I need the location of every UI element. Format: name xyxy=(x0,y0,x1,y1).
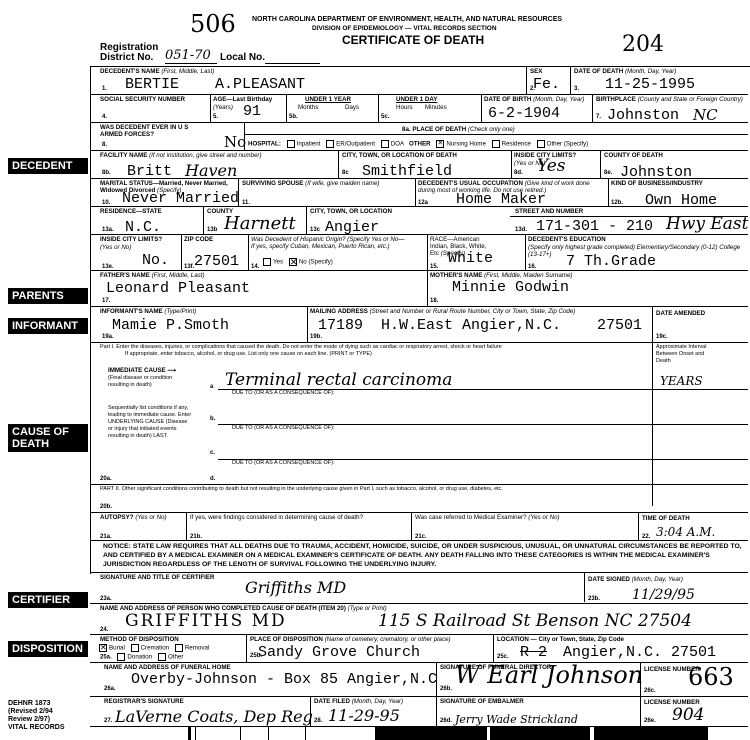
facility-num: 8b. xyxy=(102,170,111,176)
decedent-last-name-field[interactable]: A.PLEASANT xyxy=(215,77,305,92)
sex-label: SEX xyxy=(530,68,542,75)
place-of-death-options: HOSPITAL: Inpatient ER/Outpatient DOA OT… xyxy=(248,140,588,148)
funeral-home-label: NAME AND ADDRESS OF FUNERAL HOME xyxy=(104,664,231,671)
hispanic-yes-checkbox[interactable] xyxy=(263,258,271,266)
certifier-signature-label: SIGNATURE AND TITLE OF CERTIFIER xyxy=(100,574,214,581)
immediate-cause-label: IMMEDIATE CAUSE ⟶ xyxy=(108,367,176,374)
section-tab-disposition: DISPOSITION xyxy=(8,641,88,657)
due-to-b: DUE TO (OR AS A CONSEQUENCE OF): xyxy=(232,425,334,432)
section-tab-parents: PARENTS xyxy=(8,288,88,304)
findings-label: If yes, were findings considered in dete… xyxy=(190,514,363,521)
name-label: DECEDENT'S NAME (First, Middle, Last) xyxy=(100,68,214,75)
informant-num: 19a. xyxy=(102,334,114,340)
sex-field[interactable]: Fe. xyxy=(533,77,560,92)
date-signed-field[interactable]: 11/29/95 xyxy=(632,588,695,603)
embalmer-num: 26d. xyxy=(440,718,452,724)
completer-num: 24. xyxy=(100,627,108,633)
section-tab-decedent: DECEDENT xyxy=(8,158,88,174)
medical-examiner-notice: NOTICE: STATE LAW REQUIRES THAT ALL DEAT… xyxy=(103,542,745,569)
days-label: Days xyxy=(345,104,359,111)
inpatient-checkbox[interactable] xyxy=(287,140,295,148)
mother-name-field[interactable]: Minnie Godwin xyxy=(452,280,569,295)
embalmer-license-field[interactable]: 904 xyxy=(672,708,704,723)
facility-label: FACILITY NAME (If not institution, give … xyxy=(100,152,262,159)
hispanic-label: Was Decedent of Hispanic Origin? (Specif… xyxy=(251,236,406,250)
disposition-method-row-1: ✕Burial Cremation Removal xyxy=(95,644,209,652)
date-of-death-field[interactable]: 11-25-1995 xyxy=(605,77,695,92)
local-number-label: Local No. xyxy=(220,52,265,63)
inside-city-label: INSIDE CITY LIMITS? xyxy=(100,236,162,243)
armed-forces-label: WAS DECEDENT EVER IN U S ARMED FORCES? xyxy=(100,124,210,138)
birthplace-state-field[interactable]: NC xyxy=(693,108,718,123)
section-tab-informant: INFORMANT xyxy=(8,318,88,334)
birthplace-field[interactable]: Johnston xyxy=(607,108,679,123)
embalmer-license-num: 26e. xyxy=(644,718,656,724)
under-1-day-label: UNDER 1 DAY xyxy=(396,96,437,103)
funeral-director-signature[interactable]: W Earl Johnson xyxy=(455,668,643,683)
date-filed-field[interactable]: 11-29-95 xyxy=(328,708,400,723)
redaction-bar xyxy=(375,727,487,740)
other-label: OTHER xyxy=(409,141,431,148)
due-to-a: DUE TO (OR AS A CONSEQUENCE OF): xyxy=(232,390,334,397)
ssn-num: 4. xyxy=(102,114,107,120)
cause-num: 20a. xyxy=(100,476,112,482)
time-of-death-field[interactable]: 3:04 A.M. xyxy=(656,525,715,540)
age-field[interactable]: 91 xyxy=(243,104,261,119)
disposition-method-row-2: 25a. Donation Other xyxy=(100,653,183,662)
er-outpatient-checkbox[interactable] xyxy=(326,140,334,148)
business-label: KIND OF BUSINESS/INDUSTRY xyxy=(611,180,703,187)
redaction-bar xyxy=(490,727,590,740)
donation-checkbox[interactable] xyxy=(117,653,125,661)
under-1-year-label: UNDER 1 YEAR xyxy=(305,96,351,103)
director-license-field[interactable]: 663 xyxy=(688,670,734,685)
minutes-label: Minutes xyxy=(425,104,447,111)
zip-label: ZIP CODE xyxy=(184,236,213,243)
mailing-address-field[interactable]: 17189 H.W.East Angier,N.C. 27501 xyxy=(318,318,642,333)
time-of-death-label: TIME OF DEATH xyxy=(642,515,690,522)
line-c-marker: c. xyxy=(210,450,215,456)
inside-city-death-num: 8d. xyxy=(514,170,523,176)
date-of-death-label: DATE OF DEATH (Month, Day, Year) xyxy=(574,68,676,75)
completer-address-field[interactable]: 115 S Railroad St Benson NC 27504 xyxy=(378,614,692,629)
under-1-year-num: 5b. xyxy=(289,114,298,120)
mailing-address-label: MAILING ADDRESS (Street and Number or Ru… xyxy=(310,308,575,315)
autopsy-label: AUTOPSY? (Yes or No) xyxy=(100,514,167,521)
city-label: CITY, TOWN, OR LOCATION xyxy=(310,208,392,215)
interval-a-field[interactable]: YEARS xyxy=(660,374,703,389)
doa-checkbox[interactable] xyxy=(381,140,389,148)
redaction-bar xyxy=(195,727,196,740)
birthplace-label: BIRTHPLACE (County and State or Foreign … xyxy=(596,96,746,103)
informant-name-field[interactable]: Mamie P.Smoth xyxy=(112,318,229,333)
street-label: STREET AND NUMBER xyxy=(515,208,583,215)
residence-state-label: RESIDENCE—STATE xyxy=(100,208,162,215)
due-to-c: DUE TO (OR AS A CONSEQUENCE OF): xyxy=(232,460,334,467)
race-field[interactable]: White xyxy=(448,251,493,266)
marital-status-field[interactable]: Never Married xyxy=(122,191,239,206)
agency-line-1: NORTH CAROLINA DEPARTMENT OF ENVIRONMENT… xyxy=(252,16,562,23)
hispanic-options: Yes ✕No (Specify) xyxy=(251,258,333,266)
date-amended-label: DATE AMENDED xyxy=(656,310,705,317)
registrar-label: REGISTRAR'S SIGNATURE xyxy=(104,698,184,705)
county-of-death-num: 8e. xyxy=(604,170,612,176)
embalmer-label: SIGNATURE OF EMBALMER xyxy=(440,698,524,705)
redaction-bar xyxy=(240,727,241,740)
disposition-location-num: 25c. xyxy=(497,654,509,660)
zip-field[interactable]: 27501 xyxy=(194,254,239,269)
burial-checkbox[interactable]: ✕ xyxy=(99,644,107,652)
other-specify-checkbox[interactable] xyxy=(537,140,545,148)
city-num: 13c xyxy=(310,227,320,233)
name-num: 1. xyxy=(102,86,107,92)
city-of-death-num: 8c xyxy=(342,170,349,176)
district-label: District No. xyxy=(100,52,153,63)
county-num: 13b xyxy=(207,227,217,233)
funeral-director-num: 26b. xyxy=(440,686,452,692)
street-hand-field[interactable]: Hwy East xyxy=(666,217,749,232)
city-field[interactable]: Angier xyxy=(325,220,379,235)
section-tab-cause-of-death: CAUSE OF DEATH xyxy=(8,424,88,452)
spouse-label: SURVIVING SPOUSE (If wife, give maiden n… xyxy=(242,180,379,187)
other-disposition-checkbox[interactable] xyxy=(158,653,166,661)
hours-label: Hours xyxy=(396,104,413,111)
date-filed-num: 28. xyxy=(314,718,322,724)
redaction-bar xyxy=(188,727,191,740)
father-label: FATHER'S NAME (First, Middle, Last) xyxy=(100,272,205,279)
nursing-home-checkbox[interactable]: ✕ xyxy=(436,140,444,148)
facility-name-field[interactable]: Britt xyxy=(127,164,172,179)
hispanic-no-checkbox[interactable]: ✕ xyxy=(289,258,297,266)
inside-city-field[interactable]: No. xyxy=(142,253,169,268)
stamp-number: 506 xyxy=(190,10,236,38)
father-num: 17. xyxy=(102,298,110,304)
redaction-bar xyxy=(594,727,708,740)
age-hint: (Years) xyxy=(213,104,233,111)
facility-name-hand-field[interactable]: Haven xyxy=(185,163,237,178)
county-of-death-label: COUNTY OF DEATH xyxy=(604,152,663,159)
occupation-field[interactable]: Home Maker xyxy=(456,192,546,207)
line-b-marker: b. xyxy=(210,416,215,422)
redaction-bar xyxy=(268,727,269,740)
disposition-place-label: PLACE OF DISPOSITION (Name of cemetery, … xyxy=(250,636,451,643)
father-name-field[interactable]: Leonard Pleasant xyxy=(106,281,250,296)
registrar-num: 27. xyxy=(104,718,112,724)
director-license-num: 26c. xyxy=(644,688,656,694)
residence-checkbox[interactable] xyxy=(492,140,500,148)
decedent-first-name-field[interactable]: BERTIE xyxy=(125,77,179,92)
page-title: CERTIFICATE OF DEATH xyxy=(342,33,484,47)
city-of-death-label: CITY, TOWN, OR LOCATION OF DEATH xyxy=(342,152,457,159)
hospital-label: HOSPITAL: xyxy=(248,141,281,148)
date-filed-label: DATE FILED (Month, Day, Year) xyxy=(314,698,403,705)
agency-line-2: DIVISION OF EPIDEMIOLOGY — VITAL RECORDS… xyxy=(312,25,497,32)
under-1-day-num: 5c. xyxy=(381,114,389,120)
removal-checkbox[interactable] xyxy=(175,644,183,652)
inside-city-death-field[interactable]: Yes xyxy=(537,159,566,174)
form-id: DEHNR 1873 (Revised 2/94 Review 2/97) VI… xyxy=(8,700,65,732)
ssn-label: SOCIAL SECURITY NUMBER xyxy=(100,96,185,103)
disposition-location-struck: R 2 xyxy=(520,645,547,660)
immediate-cause-field[interactable]: Terminal rectal carcinoma xyxy=(225,373,452,388)
date-of-birth-field[interactable]: 6-2-1904 xyxy=(488,106,560,121)
immediate-cause-hint: (Final disease or condition resulting in… xyxy=(108,375,178,389)
completer-name-field[interactable]: GRIFFITHS MD xyxy=(125,614,287,629)
armed-forces-num: 8. xyxy=(102,142,107,148)
residence-state-num: 13a. xyxy=(102,227,114,233)
medical-examiner-label: Was case referred to Medical Examiner? (… xyxy=(415,514,560,521)
education-field[interactable]: 7 Th.Grade xyxy=(566,254,656,269)
part-1-instructions-2: If appropriate, enter tobacco, alcohol, … xyxy=(125,351,372,358)
date-of-death-num: 3. xyxy=(574,86,579,92)
mother-num: 18. xyxy=(430,298,438,304)
education-label: DECEDENT'S EDUCATION xyxy=(528,236,606,243)
certifier-num: 23a. xyxy=(100,596,112,602)
birthplace-num: 7. xyxy=(596,114,601,120)
age-num: 5. xyxy=(213,114,218,120)
district-number-field[interactable]: 051-70 xyxy=(165,48,217,64)
residence-state-field[interactable]: N.C. xyxy=(125,220,161,235)
disposition-location-label: LOCATION — City or Town, State, Zip Code xyxy=(497,636,624,643)
informant-label: INFORMANT'S NAME (Type/Print) xyxy=(100,308,196,315)
mailing-num: 19b. xyxy=(310,334,322,340)
sequential-hint: Sequentially list conditions if any, lea… xyxy=(108,405,193,440)
months-label: Months xyxy=(298,104,318,111)
mother-label: MOTHER'S NAME (First, Middle, Maiden Sur… xyxy=(430,272,572,279)
funeral-home-field[interactable]: Overby-Johnson - Box 85 Angier,N.C xyxy=(131,672,437,687)
county-field[interactable]: Harnett xyxy=(224,216,296,231)
section-tab-certifier: CERTIFIER xyxy=(8,592,88,608)
cremation-checkbox[interactable] xyxy=(131,644,139,652)
line-a-marker: a xyxy=(210,384,213,390)
disposition-method-label: METHOD OF DISPOSITION xyxy=(100,636,179,643)
inside-city-hint: (Yes or No) xyxy=(100,244,131,251)
registrar-signature[interactable]: LaVerne Coats, Dep Reg xyxy=(115,709,313,724)
certifier-signature-field[interactable]: Griffiths MD xyxy=(245,580,346,595)
place-of-death-label: 8a. PLACE OF DEATH (Check only one) xyxy=(402,126,515,133)
funeral-home-num: 26a. xyxy=(104,686,116,692)
line-d-marker: d. xyxy=(210,476,215,482)
age-label: AGE—Last Birthday xyxy=(213,96,272,103)
part-2-instructions: PART II. Other significant conditions co… xyxy=(100,486,503,493)
armed-forces-field[interactable]: No xyxy=(224,135,246,150)
date-signed-label: DATE SIGNED (Month, Day, Year) xyxy=(588,576,683,583)
date-signed-num: 23b. xyxy=(588,596,600,602)
part-2-num: 20b. xyxy=(100,504,112,510)
embalmer-signature[interactable]: Jerry Wade Strickland xyxy=(455,712,578,727)
dob-label: DATE OF BIRTH (Month, Day, Year) xyxy=(484,96,584,103)
certificate-number: 204 xyxy=(622,32,664,57)
redaction-bar xyxy=(305,727,306,740)
city-of-death-field[interactable]: Smithfield xyxy=(362,164,452,179)
street-field[interactable]: 171-301 - 210 xyxy=(536,219,653,234)
disposition-location-field[interactable]: Angier,N.C. 27501 xyxy=(563,645,716,660)
date-amended-num: 19c. xyxy=(656,334,668,340)
interval-label: Approximate Interval Between Onset and D… xyxy=(656,344,716,365)
street-num: 13d. xyxy=(515,227,527,233)
disposition-place-field[interactable]: Sandy Grove Church xyxy=(258,645,420,660)
part-1-instructions: Part I. Enter the diseases, injuries, or… xyxy=(100,344,650,351)
